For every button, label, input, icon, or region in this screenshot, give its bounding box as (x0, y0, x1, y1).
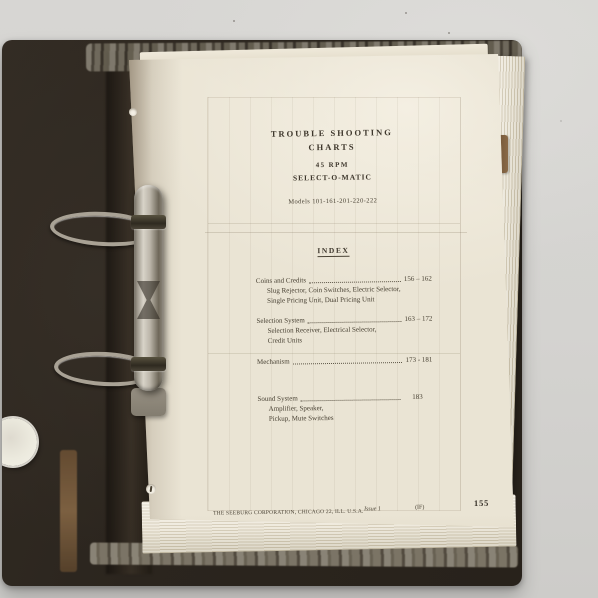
page-content: TROUBLE SHOOTING CHARTS 45 RPM SELECT-O-… (0, 0, 598, 598)
index-heading: INDEX (317, 246, 349, 257)
index-list: Coins and Credits 156 – 162 Slug Rejecto… (252, 0, 428, 1)
index-entry-pages: 156 – 162 (404, 275, 432, 284)
title-product: SELECT-O-MATIC (212, 171, 452, 183)
index-entry-row: Mechanism 173 - 181 (257, 356, 433, 367)
photo-of-binder-on-desk: TROUBLE SHOOTING CHARTS 45 RPM SELECT-O-… (0, 0, 598, 598)
index-entry-detail: Single Pricing Unit, Dual Pricing Unit (267, 294, 432, 306)
index-entry-label: Mechanism (257, 358, 290, 367)
footer-code: (IF) (415, 505, 424, 511)
index-entry-pages: 173 - 181 (405, 356, 433, 365)
title-speed: 45 RPM (212, 159, 452, 170)
page-title-line2: CHARTS (212, 138, 452, 155)
dotted-leader (293, 362, 402, 365)
index-entry-detail: Pickup, Mute Switches (269, 412, 434, 424)
footer-publisher: THE SEEBURG CORPORATION, CHICAGO 22, ILL… (213, 509, 364, 517)
index-heading-wrap: INDEX (213, 238, 453, 259)
index-entry-pages: 163 – 172 (404, 315, 432, 324)
index-entry-detail: Credit Units (268, 334, 433, 346)
dotted-leader (308, 321, 402, 323)
index-entry-coins-and-credits: Coins and Credits 156 – 162 Slug Rejecto… (256, 275, 432, 306)
title-models: Models 101-161-201-220-222 (213, 196, 453, 206)
dotted-leader (309, 281, 401, 283)
footer-issue: Issue 1 (364, 506, 381, 512)
dotted-leader (301, 399, 401, 401)
index-entry-sound-system: Sound System 183 Amplifier, Speaker, Pic… (257, 393, 433, 424)
index-entry-pages: 183 (403, 393, 431, 402)
index-entry-selection-system: Selection System 163 – 172 Selection Rec… (256, 315, 432, 346)
index-entry-mechanism: Mechanism 173 - 181 (257, 356, 433, 367)
footer-page-number: 155 (474, 498, 489, 508)
title-block: TROUBLE SHOOTING CHARTS 45 RPM SELECT-O-… (212, 124, 453, 206)
